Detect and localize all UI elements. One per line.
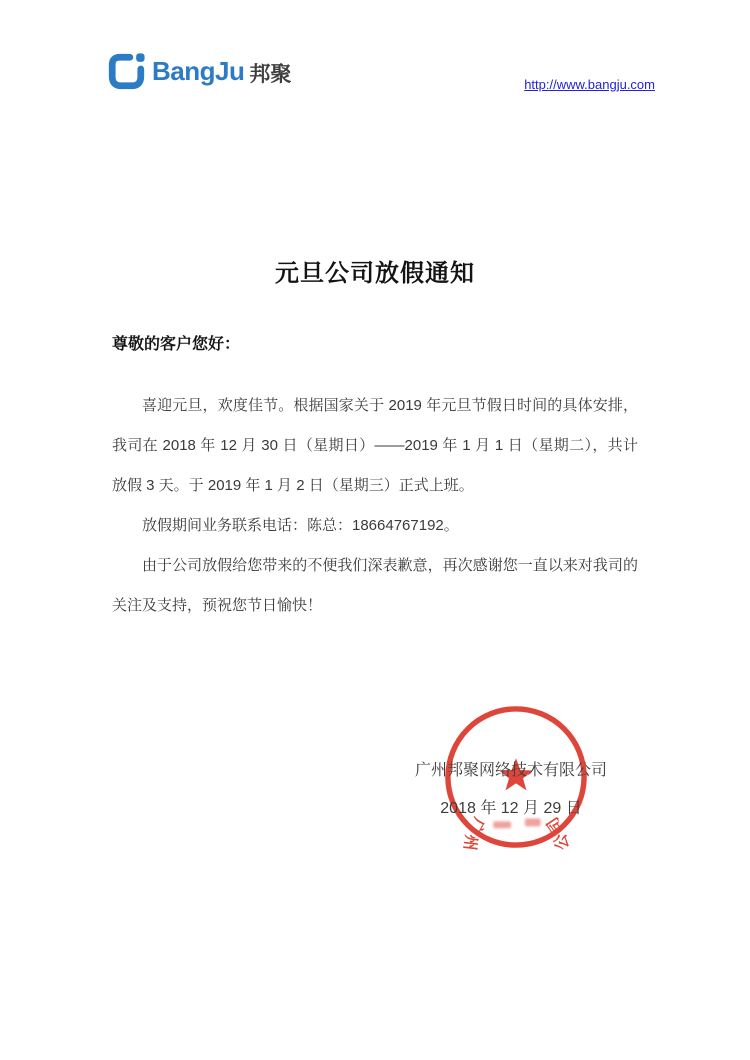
brand-name-latin: BangJu [152, 56, 244, 87]
company-logo: BangJu 邦聚 [108, 52, 291, 91]
notice-paragraph: 放假期间业务联系电话：陈总：18664767192。 [112, 506, 638, 546]
notice-paragraph: 由于公司放假给您带来的不便我们深表歉意，再次感谢您一直以来对我司的关注及支持，预… [112, 546, 638, 626]
signature-date: 2018 年 12 月 29 日 [386, 790, 636, 828]
notice-paragraph: 喜迎元旦，欢度佳节。根据国家关于 2019 年元旦节假日时间的具体安排，我司在 … [112, 386, 638, 506]
brand-name-cjk: 邦聚 [249, 55, 291, 88]
bangju-logo-icon [108, 52, 145, 91]
greeting-line: 尊敬的客户您好： [112, 335, 638, 355]
signature-block: 广州邦聚网络技术有限公司 2018 年 12 月 29 日 [386, 752, 636, 828]
notice-body: 尊敬的客户您好： 喜迎元旦，欢度佳节。根据国家关于 2019 年元旦节假日时间的… [112, 335, 638, 626]
signature-company: 广州邦聚网络技术有限公司 [386, 752, 636, 790]
website-link[interactable]: http://www.bangju.com [524, 77, 655, 92]
page-title: 元旦公司放假通知 [0, 253, 750, 288]
